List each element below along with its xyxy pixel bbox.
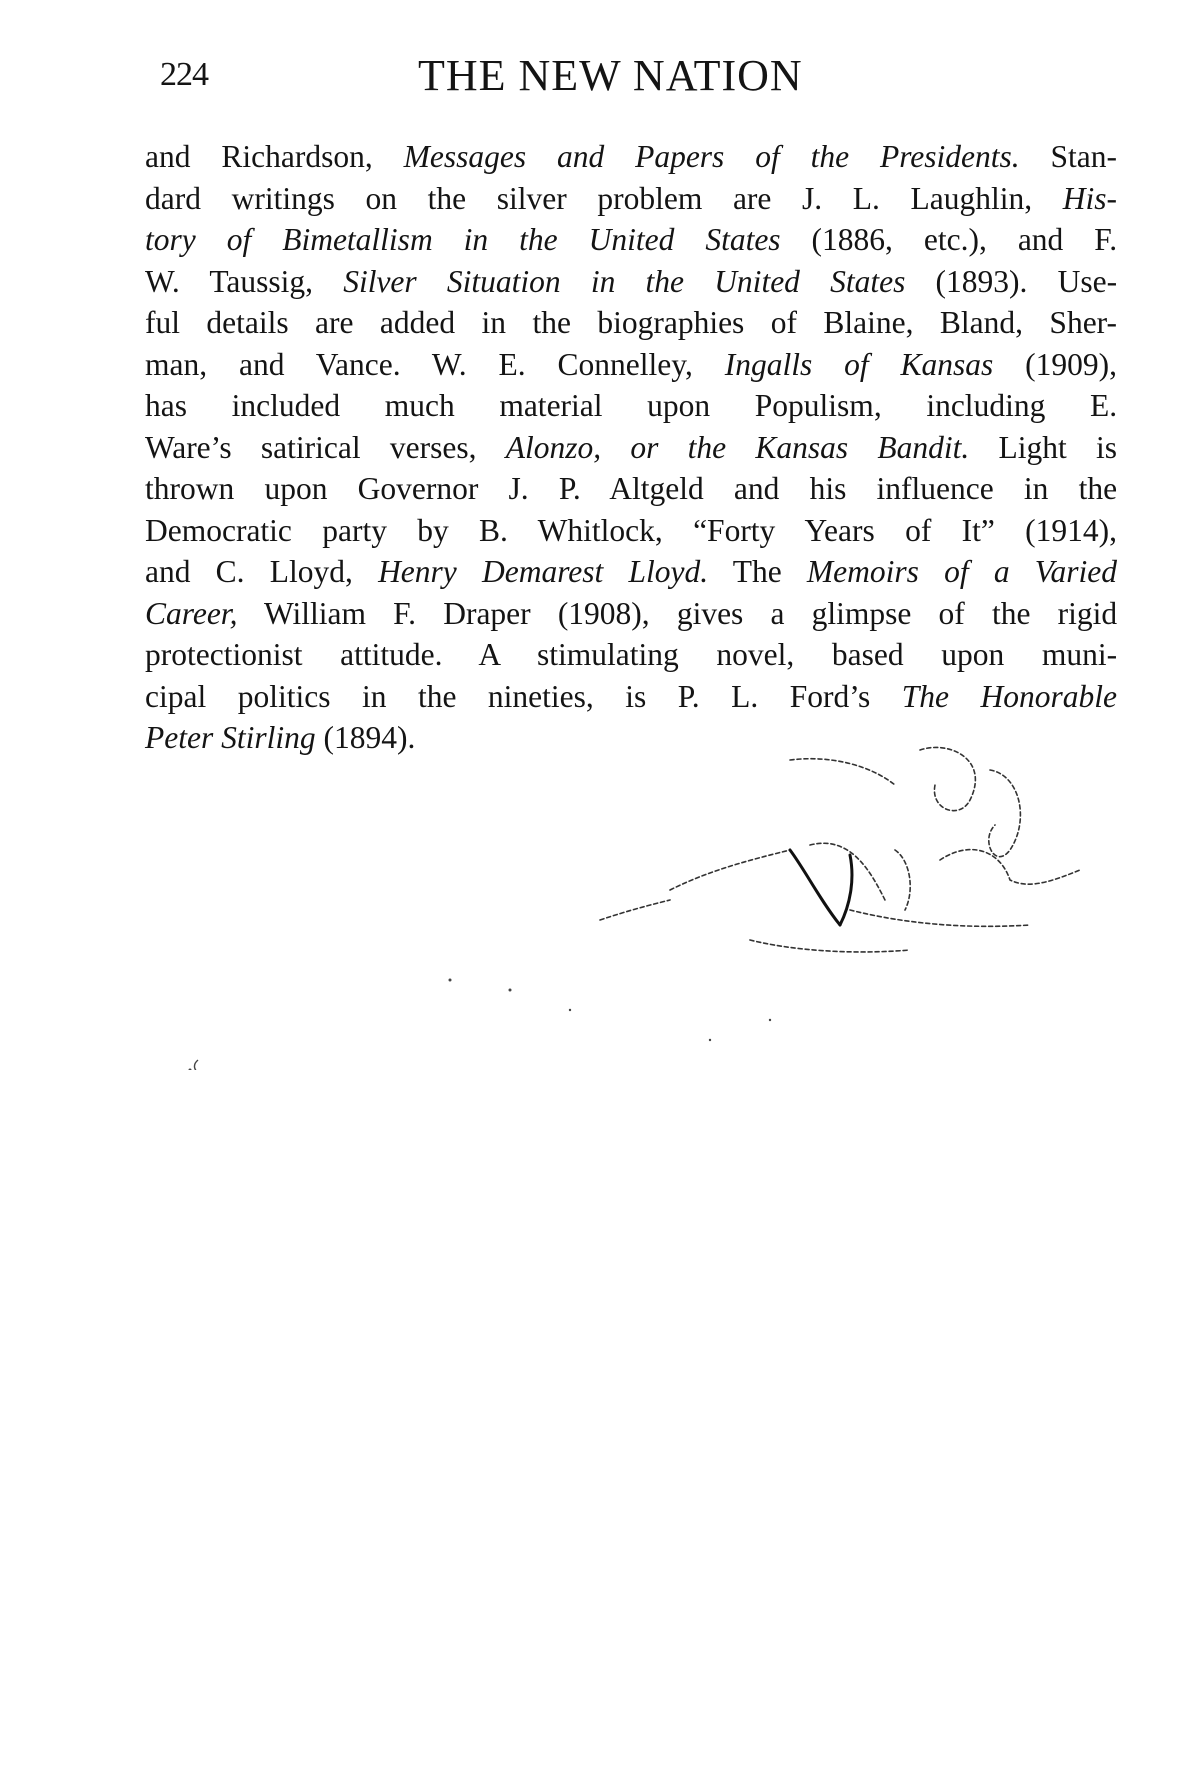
word: a [770,596,784,631]
word: upon [647,388,710,423]
word: politics [238,679,331,714]
word: (1893). [936,264,1028,299]
italic-title-word: of [844,347,869,382]
word: Connelley, [558,347,693,382]
word: muni- [1042,637,1117,672]
word: man, [145,347,207,382]
word: on [366,181,398,216]
italic-title-word: of [944,554,969,589]
word: Democratic [145,513,292,548]
word: writings [232,181,335,216]
text-line: cipal politics in the nineties, is P. L.… [145,676,1117,718]
word: the [428,181,466,216]
word: P. [559,471,581,506]
text-line: Democratic party by B. Whitlock, “Forty … [145,510,1117,552]
word: has [145,388,187,423]
word: J. [509,471,529,506]
italic-title-word: the [688,430,726,465]
word: F. [393,596,416,631]
italic-title-word: His- [1063,181,1117,216]
word: in [1024,471,1049,506]
text-line: protectionist attitude. A stimulating no… [145,634,1117,676]
word: attitude. [340,637,442,672]
text-line: ful details are added in the biographies… [145,302,1117,344]
word: are [315,305,353,340]
word: (1909), [1025,347,1117,382]
word: influence [877,471,994,506]
word: material [499,388,602,423]
word: dard [145,181,201,216]
italic-title-word: Career, [145,596,237,631]
word: W. [432,347,467,382]
word: protectionist [145,637,302,672]
italic-title-word: Bimetallism [282,222,433,257]
italic-title-word: Presidents. [880,139,1020,174]
word: etc.), [924,222,987,257]
word: satirical [261,430,361,465]
italic-title-word: States [830,264,905,299]
page-title: THE NEW NATION [418,50,803,101]
word: C. [216,554,245,589]
italic-title-word: Silver [343,264,416,299]
word: B. [479,513,508,548]
word: nineties, [488,679,594,714]
italic-title-word: of [755,139,780,174]
word: in [362,679,387,714]
word: novel, [716,637,794,672]
word: Taussig, [209,264,313,299]
bibliography-paragraph: and Richardson, Messages and Papers of t… [145,136,1117,759]
text-line: Ware’s satirical verses, Alonzo, or the … [145,427,1117,469]
italic-title-word: in [464,222,489,257]
word: is [625,679,646,714]
word: Populism, [755,388,882,423]
word: of [905,513,931,548]
word: Richardson, [221,139,372,174]
word: Laughlin, [911,181,1033,216]
word: are [733,181,771,216]
italic-title-word: Honorable [981,679,1118,714]
italic-title-word: Demarest [482,554,603,589]
text-line: has included much material upon Populism… [145,385,1117,427]
word: Governor [358,471,479,506]
italic-title-word: or [630,430,658,465]
word: Light [999,430,1067,465]
word: P. [678,679,700,714]
italic-title-word: Alonzo, [506,430,601,465]
italic-title-word: Varied [1035,554,1117,589]
italic-title-word: Henry [378,554,457,589]
word: Use- [1058,264,1117,299]
word: verses, [390,430,477,465]
word: upon [264,471,327,506]
word: F. [1094,222,1117,257]
word: cipal [145,679,206,714]
word: (1908), [558,596,650,631]
word: Ford’s [790,679,871,714]
word: added [380,305,455,340]
word: Stan- [1051,139,1118,174]
word: including [926,388,1045,423]
word: E. [499,347,526,382]
word: and [734,471,779,506]
running-head: 224 THE NEW NATION [148,50,1108,110]
italic-title-word: Kansas [900,347,993,382]
word: Blaine, [823,305,913,340]
word: of [939,596,965,631]
word: Whitlock, [538,513,663,548]
text-line: W. Taussig, Silver Situation in the Unit… [145,261,1117,303]
text-line: tory of Bimetallism in the United States… [145,219,1117,261]
word: W. [145,264,180,299]
italic-title-word: Lloyd. [628,554,708,589]
word: Draper [443,596,530,631]
word: ful [145,305,180,340]
italic-title-word: the [811,139,849,174]
italic-title-word: United [589,222,675,257]
word: (1914), [1025,513,1117,548]
word: Sher- [1049,305,1117,340]
word: is [1096,430,1117,465]
italic-title-word: and [557,139,604,174]
text-line: dard writings on the silver problem are … [145,178,1117,220]
text-line: Career, William F. Draper (1908), gives … [145,593,1117,635]
italic-title-word: The [902,679,949,714]
text-line: and Richardson, Messages and Papers of t… [145,136,1117,178]
word: (1886, [812,222,893,257]
italic-title-word: Situation [447,264,561,299]
word: problem [597,181,702,216]
italic-title-word: the [646,264,684,299]
word: included [232,388,340,423]
word: William [264,596,366,631]
word: much [385,388,455,423]
word: silver [497,181,567,216]
word: J. [802,181,822,216]
italic-title-word: in [591,264,616,299]
italic-title-word: United [714,264,800,299]
word: of [771,305,797,340]
italic-title-word: the [519,222,557,257]
word: E. [1090,388,1117,423]
italic-title-word: a [994,554,1010,589]
word: Vance. [316,347,401,382]
word: L. [731,679,758,714]
word: Bland, [940,305,1023,340]
italic-title-word: Papers [635,139,724,174]
word: the [1079,471,1117,506]
word: the [992,596,1030,631]
word: Altgeld [609,471,704,506]
word: based [832,637,904,672]
italic-title-word: States [705,222,780,257]
word: upon [941,637,1004,672]
word: the [418,679,456,714]
word: The [733,554,782,589]
word: rigid [1058,596,1118,631]
italic-title-word: Bandit. [877,430,969,465]
word: Lloyd, [270,554,353,589]
italic-title-word: Memoirs [807,554,919,589]
word: stimulating [537,637,679,672]
text-line: man, and Vance. W. E. Connelley, Ingalls… [145,344,1117,386]
text-line: thrown upon Governor J. P. Altgeld and h… [145,468,1117,510]
word: his [810,471,847,506]
word: It” [962,513,995,548]
italic-title-word: Ingalls [725,347,813,382]
word: L. [853,181,880,216]
word: and [1018,222,1063,257]
italic-title-word: tory [145,222,196,257]
italic-title-word: Kansas [755,430,848,465]
book-page: 224 THE NEW NATION and Richardson, Messa… [0,0,1180,1781]
word: “Forty [693,513,775,548]
word: A [478,637,499,672]
italic-title-word: Messages [404,139,526,174]
word: by [417,513,449,548]
word: gives [677,596,744,631]
word: glimpse [812,596,912,631]
word: party [322,513,387,548]
word: details [206,305,288,340]
word: and [145,554,190,589]
word: Years [804,513,874,548]
page-number: 224 [160,56,208,94]
text-line: and C. Lloyd, Henry Demarest Lloyd. The … [145,551,1117,593]
word: the [532,305,570,340]
word: in [482,305,507,340]
italic-title-word: of [227,222,252,257]
word: biographies [597,305,744,340]
handwritten-scribble-mark [150,740,1110,1070]
word: thrown [145,471,234,506]
word: Ware’s [145,430,232,465]
word: and [239,347,284,382]
word: and [145,139,190,174]
